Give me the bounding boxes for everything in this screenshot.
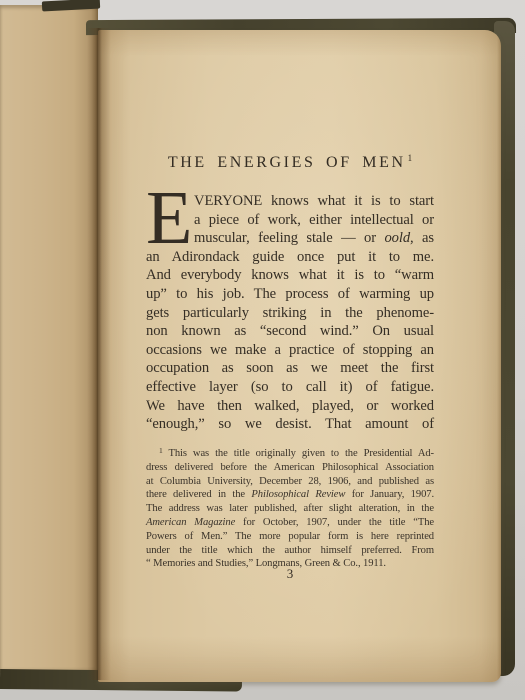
page-number: 3 (146, 566, 434, 582)
text-line: up” to his job. The process of warming u… (146, 285, 434, 304)
book-photo: THE ENERGIES OF MEN1 E VERYONE knows wha… (0, 0, 525, 700)
text-line: gets particularly striking in the phenom… (146, 304, 434, 323)
footnote: 1 This was the title originally given to… (146, 444, 434, 571)
text-line: And everybody knows what it is to “warm (146, 266, 434, 285)
title-footnote-marker: 1 (408, 153, 413, 163)
left-blank-page (0, 5, 98, 673)
text-line: “enough,” so we desist. That amount of (146, 415, 434, 434)
text-line: there delivered in the Philosophical Rev… (146, 488, 434, 502)
body-text: VERYONE knows what it is to starta piece… (146, 192, 434, 434)
chapter-title-text: THE ENERGIES OF MEN (168, 154, 406, 171)
printed-page-content: THE ENERGIES OF MEN1 E VERYONE knows wha… (146, 0, 434, 700)
text-line: under the title which the author himself… (146, 544, 434, 558)
text-line: at Columbia University, December 28, 190… (146, 475, 434, 489)
text-line: a piece of work, either intellectual or (146, 211, 434, 230)
text-line: VERYONE knows what it is to start (146, 192, 434, 211)
text-line: Powers of Men.” The more popular form is… (146, 530, 434, 544)
chapter-title: THE ENERGIES OF MEN1 (146, 153, 434, 172)
text-line: an Adirondack guide once put it to me. (146, 248, 434, 267)
page-gutter-shadow (87, 28, 111, 680)
text-line: 1 This was the title originally given to… (146, 444, 434, 461)
text-line: dress delivered before the American Phil… (146, 461, 434, 475)
text-line: The address was later published, after s… (146, 502, 434, 516)
text-line: non known as “second wind.” On usual (146, 322, 434, 341)
text-line: effective layer (so to call it) of fatig… (146, 378, 434, 397)
text-line: American Magazine for October, 1907, und… (146, 516, 434, 530)
text-line: occasions we make a practice of stopping… (146, 341, 434, 360)
text-line: We have then walked, played, or worked (146, 397, 434, 416)
text-line: muscular, feeling stale — or oold, as (146, 229, 434, 248)
text-line: occupation as soon as we meet the first (146, 359, 434, 378)
